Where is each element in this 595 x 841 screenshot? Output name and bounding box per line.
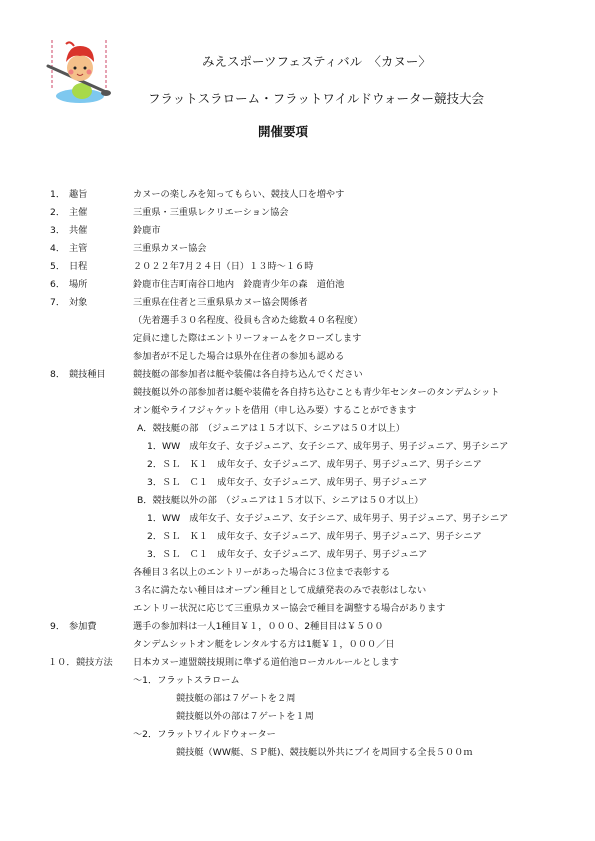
section-text: 競技艇以外の部参加者は艇や装備を各自持ち込むことも青少年センターのタンデムシット [133,384,500,402]
section-text: カヌーの楽しみを知ってもらい、競技人口を増やす [133,186,344,204]
section-label: 主催 [69,204,87,222]
event-title: みえスポーツフェスティバル 〈カヌー〉 [202,52,431,70]
section-number: 7． [50,294,65,312]
method-item-text: 競技艇の部は７ゲートを２周 [176,690,295,708]
division-item: 2．ＳＬ Ｋ１ 成年女子、女子ジュニア、成年男子、男子ジュニア、男子シニア [0,528,595,546]
method-heading-text: ～2．フラットワイルドウォーター [133,726,276,744]
section-label: 趣旨 [69,186,87,204]
division-heading-b: B．競技艇以外の部 （ジュニアは１５才以下、シニアは５０才以上） [0,492,595,510]
document-title: 開催要項 [258,122,308,140]
section-text: 三重県・三重県レクリエーション協会 [133,204,288,222]
section-text: 日本カヌー連盟競技規則に準ずる道伯池ローカルルールとします [133,654,399,672]
section-number: 8． [50,366,65,384]
division-item: 3．ＳＬ Ｃ１ 成年女子、女子ジュニア、成年男子、男子ジュニア [0,474,595,492]
division-heading: B．競技艇以外の部 （ジュニアは１５才以下、シニアは５０才以上） [137,492,423,510]
section-text: 競技艇の部参加者は艇や装備は各自持ち込んでください [133,366,363,384]
division-item-text: 1．WW 成年女子、女子ジュニア、女子シニア、成年男子、男子ジュニア、男子シニア [147,510,508,528]
section-line: タンデムシットオン艇をレンタルする方は1艇￥１，０００／日 [0,636,595,654]
section-number: 1． [50,186,65,204]
section-method: １０． 競技方法 日本カヌー連盟競技規則に準ずる道伯池ローカルルールとします [0,654,595,672]
note-text: エントリー状況に応じて三重県カヌー協会で種目を調整する場合があります [133,600,445,618]
section-number: 3． [50,222,65,240]
method-item: 競技艇（WW艇、ＳＰ艇)、競技艇以外共にブイを周回する全長５００ｍ [0,744,595,762]
section-organizer: 2． 主催 三重県・三重県レクリエーション協会 [0,204,595,222]
note-text: 各種目３名以上のエントリーがあった場合に３位まで表彰する [133,564,390,582]
division-item-text: 2．ＳＬ Ｋ１ 成年女子、女子ジュニア、成年男子、男子ジュニア、男子シニア [147,456,482,474]
guidelines-body: 1． 趣旨 カヌーの楽しみを知ってもらい、競技人口を増やす 2． 主催 三重県・… [0,186,595,762]
section-number: 4． [50,240,65,258]
section-purpose: 1． 趣旨 カヌーの楽しみを知ってもらい、競技人口を増やす [0,186,595,204]
note-line: エントリー状況に応じて三重県カヌー協会で種目を調整する場合があります [0,600,595,618]
section-line: （先着選手３０名程度、役員も含めた総数４０名程度） [0,312,595,330]
division-item: 3．ＳＬ Ｃ１ 成年女子、女子ジュニア、成年男子、男子ジュニア [0,546,595,564]
competition-title: フラットスラローム・フラットワイルドウォーター競技大会 [148,89,484,107]
section-number: 2． [50,204,65,222]
method-heading-text: ～1．フラットスラローム [133,672,240,690]
section-number: 6． [50,276,65,294]
section-line: オン艇やライフジャケットを借用（申し込み要）することができます [0,402,595,420]
division-item-text: 1．WW 成年女子、女子ジュニア、女子シニア、成年男子、男子ジュニア、男子シニア [147,438,508,456]
section-management: 4． 主管 三重県カヌー協会 [0,240,595,258]
division-item-text: 3．ＳＬ Ｃ１ 成年女子、女子ジュニア、成年男子、男子ジュニア [147,546,427,564]
method-item-text: 競技艇（WW艇、ＳＰ艇)、競技艇以外共にブイを周回する全長５００ｍ [176,744,473,762]
division-item-text: 2．ＳＬ Ｋ１ 成年女子、女子ジュニア、成年男子、男子ジュニア、男子シニア [147,528,482,546]
section-label: 競技種目 [69,366,106,384]
method-heading: ～2．フラットワイルドウォーター [0,726,595,744]
section-label: 共催 [69,222,87,240]
section-fee: 9． 参加費 選手の参加料は一人1種目￥１，０００、2種目目は￥５００ [0,618,595,636]
division-item: 2．ＳＬ Ｋ１ 成年女子、女子ジュニア、成年男子、男子ジュニア、男子シニア [0,456,595,474]
section-text: 参加者が不足した場合は県外在住者の参加も認める [133,348,344,366]
section-text: 選手の参加料は一人1種目￥１，０００、2種目目は￥５００ [133,618,384,636]
canoe-mascot-icon [44,38,116,106]
section-label: 場所 [69,276,87,294]
method-item: 競技艇以外の部は７ゲートを１周 [0,708,595,726]
section-schedule: 5． 日程 ２０２２年7月２４日（日）１３時～１６時 [0,258,595,276]
note-line: ３名に満たない種目はオープン種目として成績発表のみで表彰はしない [0,582,595,600]
section-text: （先着選手３０名程度、役員も含めた総数４０名程度） [133,312,363,330]
division-heading: A．競技艇の部 （ジュニアは１５才以下、シニアは５０才以上） [137,420,405,438]
section-label: 参加費 [69,618,97,636]
note-line: 各種目３名以上のエントリーがあった場合に３位まで表彰する [0,564,595,582]
section-text: ２０２２年7月２４日（日）１３時～１６時 [133,258,313,276]
section-text: タンデムシットオン艇をレンタルする方は1艇￥１，０００／日 [133,636,395,654]
section-label: 日程 [69,258,87,276]
method-item-text: 競技艇以外の部は７ゲートを１周 [176,708,314,726]
method-heading: ～1．フラットスラローム [0,672,595,690]
section-co-organizer: 3． 共催 鈴鹿市 [0,222,595,240]
section-label: 対象 [69,294,87,312]
section-text: 三重県在住者と三重県県カヌー協会関係者 [133,294,308,312]
section-text: オン艇やライフジャケットを借用（申し込み要）することができます [133,402,416,420]
section-number: 5． [50,258,65,276]
division-item: 1．WW 成年女子、女子ジュニア、女子シニア、成年男子、男子ジュニア、男子シニア [0,510,595,528]
section-text: 鈴鹿市 [133,222,161,240]
section-line: 参加者が不足した場合は県外在住者の参加も認める [0,348,595,366]
section-line: 定員に達した際はエントリーフォームをクローズします [0,330,595,348]
method-item: 競技艇の部は７ゲートを２周 [0,690,595,708]
section-number: １０． [48,654,76,672]
division-item: 1．WW 成年女子、女子ジュニア、女子シニア、成年男子、男子ジュニア、男子シニア [0,438,595,456]
division-item-text: 3．ＳＬ Ｃ１ 成年女子、女子ジュニア、成年男子、男子ジュニア [147,474,427,492]
section-text: 鈴鹿市住吉町南谷口地内 鈴鹿青少年の森 道伯池 [133,276,344,294]
section-eligibility: 7． 対象 三重県在住者と三重県県カヌー協会関係者 [0,294,595,312]
section-label: 競技方法 [76,654,113,672]
section-text: 定員に達した際はエントリーフォームをクローズします [133,330,361,348]
note-text: ３名に満たない種目はオープン種目として成績発表のみで表彰はしない [133,582,426,600]
section-line: 競技艇以外の部参加者は艇や装備を各自持ち込むことも青少年センターのタンデムシット [0,384,595,402]
mascot-logo [44,38,116,106]
division-heading-a: A．競技艇の部 （ジュニアは１５才以下、シニアは５０才以上） [0,420,595,438]
section-number: 9． [50,618,65,636]
section-venue: 6． 場所 鈴鹿市住吉町南谷口地内 鈴鹿青少年の森 道伯池 [0,276,595,294]
section-events: 8． 競技種目 競技艇の部参加者は艇や装備は各自持ち込んでください [0,366,595,384]
section-label: 主管 [69,240,87,258]
section-text: 三重県カヌー協会 [133,240,207,258]
